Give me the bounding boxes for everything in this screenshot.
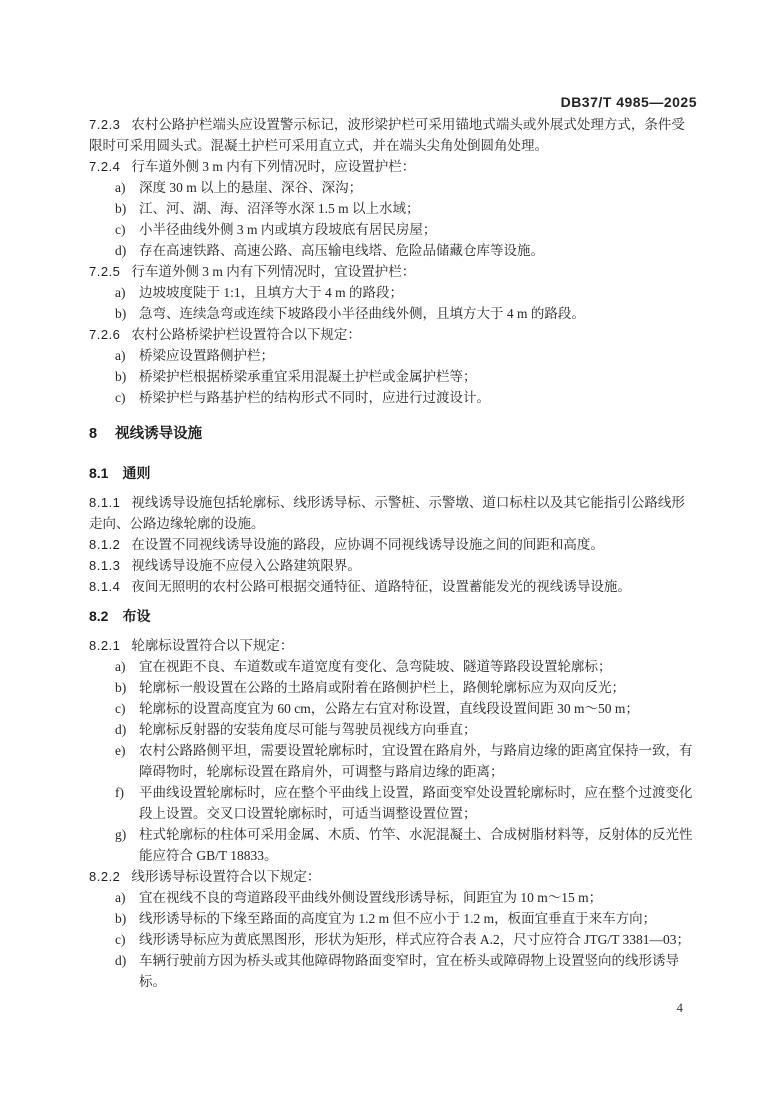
clause-text: 走向、公路边缘轮廓的设施。 <box>89 516 265 531</box>
list-item-continuation: 能应符合 GB/T 18833。 <box>89 845 697 866</box>
list-item: a)深度 30 m 以上的悬崖、深谷、深沟； <box>89 177 697 198</box>
heading-title: 布设 <box>122 608 150 624</box>
list-item: d)车辆行驶前方因为桥头或其他障碍物路面变窄时，宜在桥头或障碍物上设置竖向的线形… <box>89 950 697 971</box>
list-item-continuation: 障碍物时，轮廓标设置在路肩外，可调整与路肩边缘的距离； <box>89 761 697 782</box>
list-item: f)平曲线设置轮廓标时，应在整个平曲线上设置，路面变窄处设置轮廓标时，应在整个过… <box>89 782 697 803</box>
item-text: 急弯、连续急弯或连续下坡路段小半径曲线外侧，且填方大于 4 m 的路段。 <box>139 306 585 321</box>
item-text: 江、河、湖、海、沼泽等水深 1.5 m 以上水域； <box>139 201 420 216</box>
list-item: g)柱式轮廓标的柱体可采用金属、木质、竹竿、水泥混凝土、合成树脂材料等，反射体的… <box>89 824 697 845</box>
list-item: b)江、河、湖、海、沼泽等水深 1.5 m 以上水域； <box>89 198 697 219</box>
clause-number: 8.2.2 <box>89 869 120 884</box>
item-text: 桥梁护栏根据桥梁承重宜采用混凝土护栏或金属护栏等； <box>139 369 477 384</box>
clause-text: 农村公路桥梁护栏设置符合以下规定： <box>131 327 361 342</box>
item-letter: b) <box>115 908 139 929</box>
clause-text-continuation: 限时可采用圆头式。混凝土护栏可采用直立式，并在端头尖角处倒圆角处理。 <box>89 135 697 156</box>
item-text: 段上设置。交叉口设置轮廓标时，可适当调整设置位置； <box>139 806 477 821</box>
clause-text: 限时可采用圆头式。混凝土护栏可采用直立式，并在端头尖角处倒圆角处理。 <box>89 138 548 153</box>
clause-number: 7.2.4 <box>89 159 120 174</box>
item-letter: b) <box>115 366 139 387</box>
item-letter: b) <box>115 677 139 698</box>
clause: 7.2.4行车道外侧 3 m 内有下列情况时，应设置护栏： <box>89 156 697 177</box>
document-body: 7.2.3农村公路护栏端头应设置警示标记，波形梁护栏可采用锚地式端头或外展式处理… <box>89 114 697 992</box>
item-letter: a) <box>115 177 139 198</box>
clause-text: 在设置不同视线诱导设施的路段，应协调不同视线诱导设施之间的间距和高度。 <box>131 537 604 552</box>
list-item: d)存在高速铁路、高速公路、高压输电线塔、危险品储藏仓库等设施。 <box>89 240 697 261</box>
clause-text: 视线诱导设施包括轮廓标、线形诱导标、示警桩、示警墩、道口标柱以及其它能指引公路线… <box>131 495 685 510</box>
clause: 8.2.1轮廓标设置符合以下规定： <box>89 635 697 656</box>
clause-text-continuation: 走向、公路边缘轮廓的设施。 <box>89 513 697 534</box>
item-letter: g) <box>115 824 139 845</box>
item-text: 轮廓标一般设置在公路的土路肩或附着在路侧护栏上，路侧轮廓标应为双向反光； <box>139 680 625 695</box>
list-item: c)轮廓标的设置高度宜为 60 cm，公路左右宜对称设置，直线段设置间距 30 … <box>89 698 697 719</box>
item-text: 桥梁护栏与路基护栏的结构形式不同时，应进行过渡设计。 <box>139 390 490 405</box>
item-letter: d) <box>115 240 139 261</box>
clause: 8.1.1视线诱导设施包括轮廓标、线形诱导标、示警桩、示警墩、道口标柱以及其它能… <box>89 492 697 513</box>
item-text: 宜在视距不良、车道数或车道宽度有变化、急弯陡坡、隧道等路段设置轮廓标； <box>139 659 612 674</box>
item-text: 边坡坡度陡于 1:1，且填方大于 4 m 的路段； <box>139 285 403 300</box>
clause-number: 7.2.5 <box>89 264 120 279</box>
list-item: a)宜在视线不良的弯道路段平曲线外侧设置线形诱导标，间距宜为 10 m～15 m… <box>89 887 697 908</box>
list-item: c)桥梁护栏与路基护栏的结构形式不同时，应进行过渡设计。 <box>89 387 697 408</box>
item-text: 农村公路路侧平坦，需要设置轮廓标时，宜设置在路肩外，与路肩边缘的距离宜保持一致，… <box>139 743 693 758</box>
clause: 7.2.5行车道外侧 3 m 内有下列情况时，宜设置护栏： <box>89 261 697 282</box>
item-letter: c) <box>115 698 139 719</box>
clause: 7.2.3农村公路护栏端头应设置警示标记，波形梁护栏可采用锚地式端头或外展式处理… <box>89 114 697 135</box>
list-item: d)轮廓标反射器的安装角度尽可能与驾驶员视线方向垂直； <box>89 719 697 740</box>
clause-text: 行车道外侧 3 m 内有下列情况时，宜设置护栏： <box>131 264 415 279</box>
item-text: 轮廓标的设置高度宜为 60 cm，公路左右宜对称设置，直线段设置间距 30 m～… <box>139 701 639 716</box>
list-item: a)边坡坡度陡于 1:1，且填方大于 4 m 的路段； <box>89 282 697 303</box>
clause-number: 7.2.3 <box>89 117 120 132</box>
heading-number: 8.1 <box>89 465 108 481</box>
item-letter: a) <box>115 887 139 908</box>
clause-number: 8.2.1 <box>89 638 120 653</box>
clause: 7.2.6农村公路桥梁护栏设置符合以下规定： <box>89 324 697 345</box>
clause-number: 8.1.3 <box>89 558 120 573</box>
item-text: 小半径曲线外侧 3 m 内或填方段坡底有居民房屋； <box>139 222 436 237</box>
item-letter: d) <box>115 950 139 971</box>
clause-text: 视线诱导设施不应侵入公路建筑限界。 <box>131 558 361 573</box>
clause-number: 8.1.1 <box>89 495 120 510</box>
item-text: 轮廓标反射器的安装角度尽可能与驾驶员视线方向垂直； <box>139 722 477 737</box>
clause: 8.1.3视线诱导设施不应侵入公路建筑限界。 <box>89 555 697 576</box>
item-text: 平曲线设置轮廓标时，应在整个平曲线上设置，路面变窄处设置轮廓标时，应在整个过渡变… <box>139 785 693 800</box>
item-letter: a) <box>115 656 139 677</box>
section-heading: 8.2布设 <box>89 605 697 627</box>
item-text: 桥梁应设置路侧护栏； <box>139 348 274 363</box>
heading-title: 视线诱导设施 <box>115 426 202 442</box>
item-text: 宜在视线不良的弯道路段平曲线外侧设置线形诱导标，间距宜为 10 m～15 m； <box>139 890 602 905</box>
list-item: c)线形诱导标应为黄底黑图形，形状为矩形，样式应符合表 A.2，尺寸应符合 JT… <box>89 929 697 950</box>
list-item: a)宜在视距不良、车道数或车道宽度有变化、急弯陡坡、隧道等路段设置轮廓标； <box>89 656 697 677</box>
heading-number: 8.2 <box>89 608 108 624</box>
list-item: b)轮廓标一般设置在公路的土路肩或附着在路侧护栏上，路侧轮廓标应为双向反光； <box>89 677 697 698</box>
clause: 8.2.2线形诱导标设置符合以下规定： <box>89 866 697 887</box>
list-item: b)桥梁护栏根据桥梁承重宜采用混凝土护栏或金属护栏等； <box>89 366 697 387</box>
item-letter: e) <box>115 740 139 761</box>
document-page: DB37/T 4985—2025 7.2.3农村公路护栏端头应设置警示标记，波形… <box>0 0 773 1093</box>
standard-number: DB37/T 4985—2025 <box>561 94 697 110</box>
clause-text: 夜间无照明的农村公路可根据交通特征、道路特征，设置蓄能发光的视线诱导设施。 <box>131 579 631 594</box>
list-item-continuation: 段上设置。交叉口设置轮廓标时，可适当调整设置位置； <box>89 803 697 824</box>
list-item: c)小半径曲线外侧 3 m 内或填方段坡底有居民房屋； <box>89 219 697 240</box>
clause: 8.1.2在设置不同视线诱导设施的路段，应协调不同视线诱导设施之间的间距和高度。 <box>89 534 697 555</box>
list-item: e)农村公路路侧平坦，需要设置轮廓标时，宜设置在路肩外，与路肩边缘的距离宜保持一… <box>89 740 697 761</box>
item-letter: a) <box>115 345 139 366</box>
chapter-heading: 8视线诱导设施 <box>89 423 697 445</box>
section-heading: 8.1通则 <box>89 462 697 484</box>
list-item-continuation: 标。 <box>89 971 697 992</box>
item-text: 线形诱导标的下缘至路面的高度宜为 1.2 m 但不应小于 1.2 m，板面宜垂直… <box>139 911 656 926</box>
item-letter: c) <box>115 387 139 408</box>
item-letter: a) <box>115 282 139 303</box>
item-text: 车辆行驶前方因为桥头或其他障碍物路面变窄时，宜在桥头或障碍物上设置竖向的线形诱导 <box>139 953 679 968</box>
item-letter: b) <box>115 303 139 324</box>
item-letter: b) <box>115 198 139 219</box>
item-text: 障碍物时，轮廓标设置在路肩外，可调整与路肩边缘的距离； <box>139 764 504 779</box>
item-text: 存在高速铁路、高速公路、高压输电线塔、危险品储藏仓库等设施。 <box>139 243 544 258</box>
list-item: b)急弯、连续急弯或连续下坡路段小半径曲线外侧，且填方大于 4 m 的路段。 <box>89 303 697 324</box>
page-header: DB37/T 4985—2025 <box>89 94 697 110</box>
clause: 8.1.4夜间无照明的农村公路可根据交通特征、道路特征，设置蓄能发光的视线诱导设… <box>89 576 697 597</box>
clause-number: 7.2.6 <box>89 327 120 342</box>
clause-number: 8.1.2 <box>89 537 120 552</box>
item-text: 标。 <box>139 974 166 989</box>
page-number: 4 <box>89 1000 683 1016</box>
list-item: a)桥梁应设置路侧护栏； <box>89 345 697 366</box>
item-letter: d) <box>115 719 139 740</box>
item-text: 线形诱导标应为黄底黑图形，形状为矩形，样式应符合表 A.2，尺寸应符合 JTG/… <box>139 932 690 947</box>
item-letter: f) <box>115 782 139 803</box>
list-item: b)线形诱导标的下缘至路面的高度宜为 1.2 m 但不应小于 1.2 m，板面宜… <box>89 908 697 929</box>
item-letter: c) <box>115 929 139 950</box>
clause-text: 行车道外侧 3 m 内有下列情况时，应设置护栏： <box>131 159 415 174</box>
clause-text: 线形诱导标设置符合以下规定： <box>131 869 320 884</box>
clause-text: 轮廓标设置符合以下规定： <box>131 638 293 653</box>
item-text: 能应符合 GB/T 18833。 <box>139 848 278 863</box>
item-text: 深度 30 m 以上的悬崖、深谷、深沟； <box>139 180 362 195</box>
heading-title: 通则 <box>122 465 150 481</box>
heading-number: 8 <box>89 426 97 442</box>
item-letter: c) <box>115 219 139 240</box>
clause-text: 农村公路护栏端头应设置警示标记，波形梁护栏可采用锚地式端头或外展式处理方式，条件… <box>131 117 685 132</box>
clause-number: 8.1.4 <box>89 579 120 594</box>
item-text: 柱式轮廓标的柱体可采用金属、木质、竹竿、水泥混凝土、合成树脂材料等，反射体的反光… <box>139 827 693 842</box>
